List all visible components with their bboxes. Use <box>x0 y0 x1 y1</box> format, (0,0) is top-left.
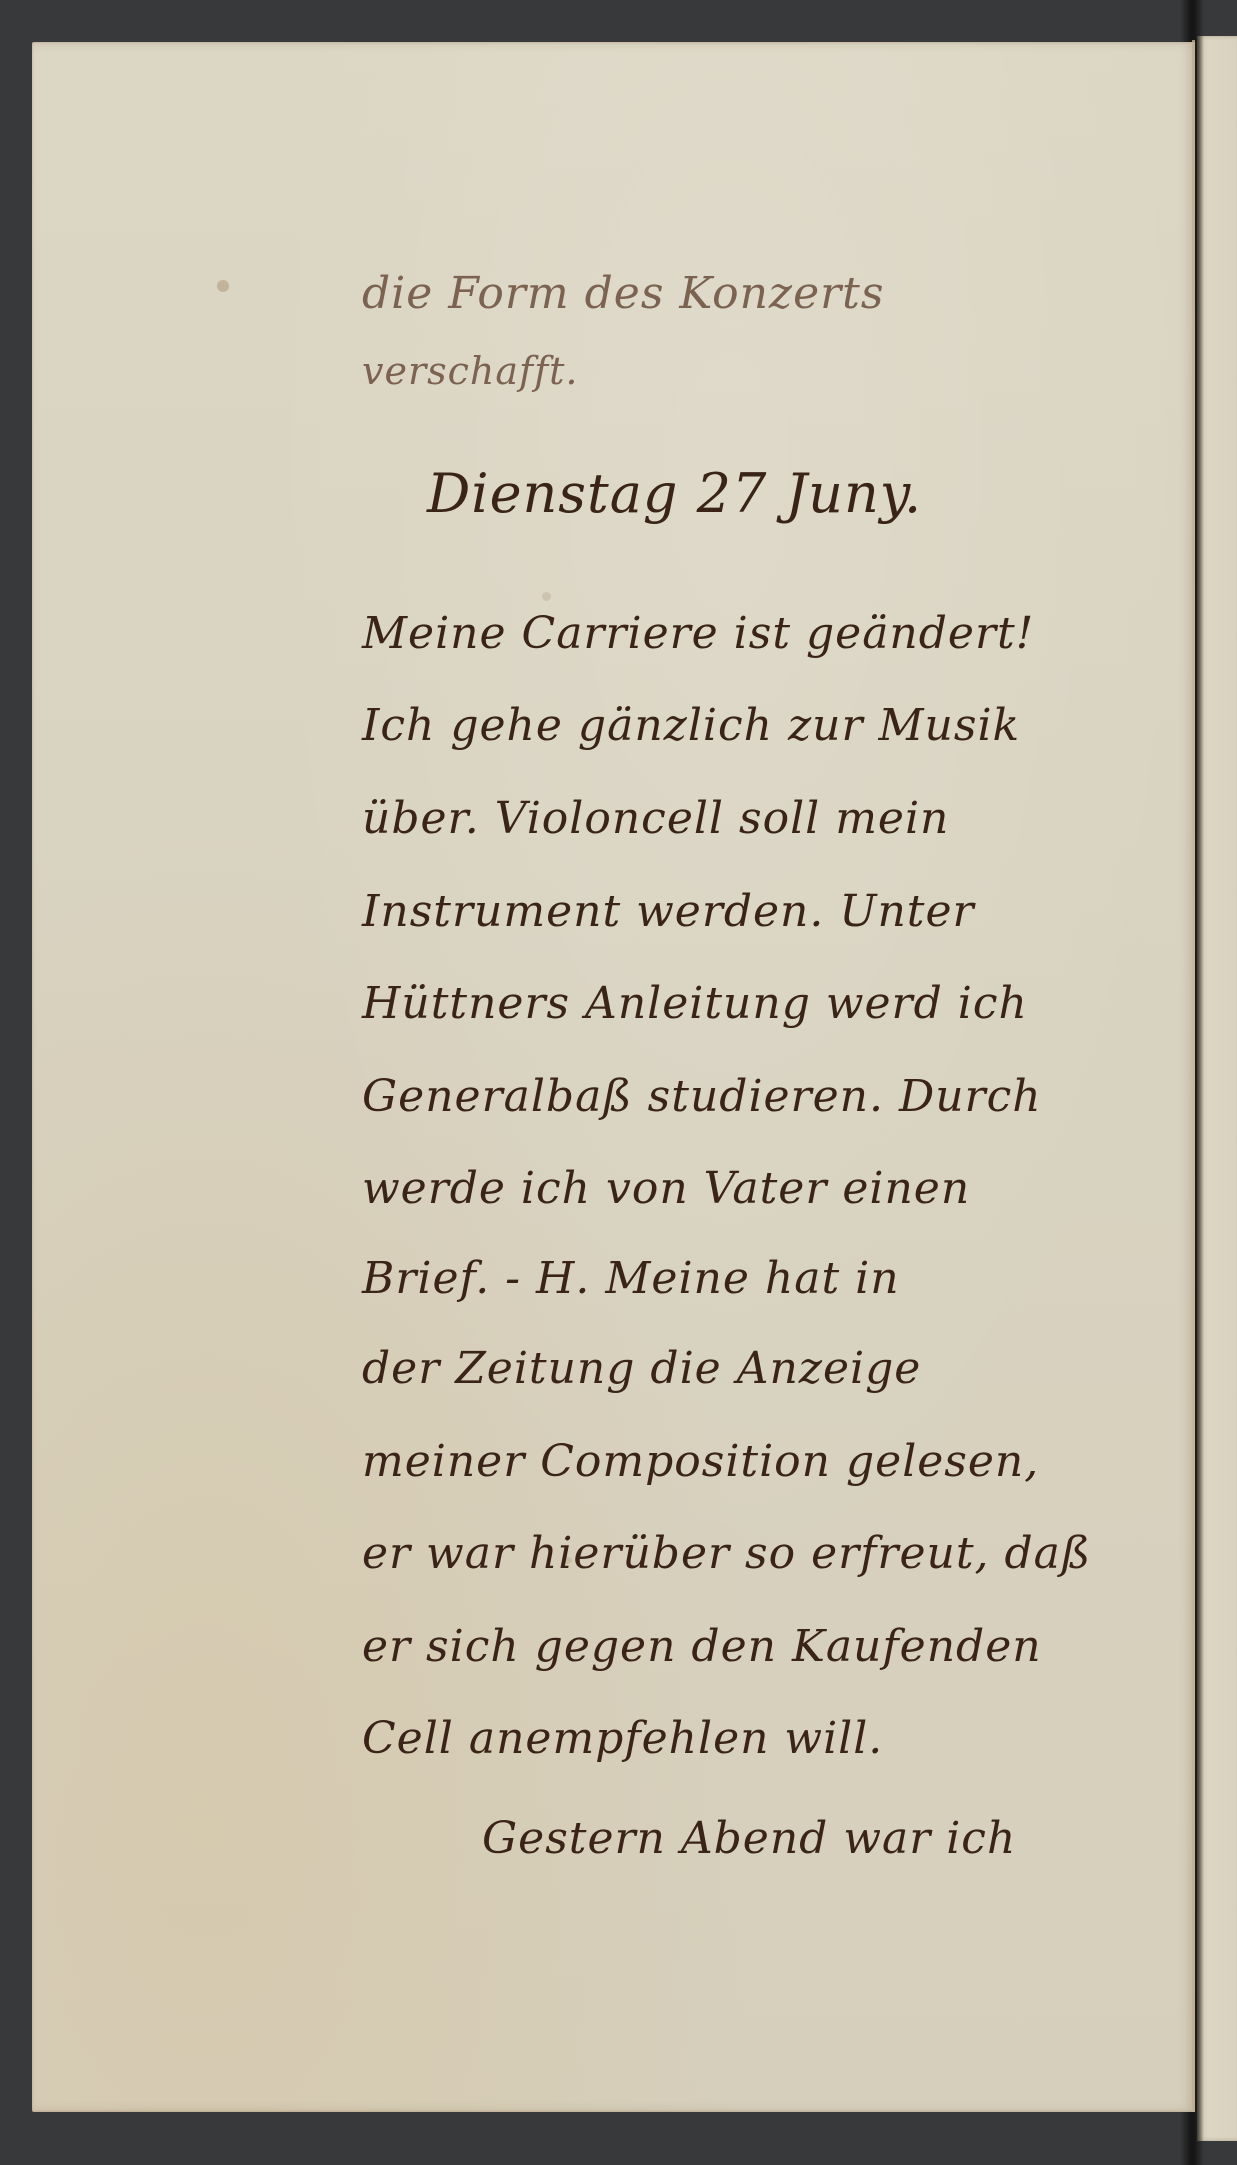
body-line-1: Meine Carriere ist geändert! <box>362 612 1034 656</box>
body-line-10: meiner Composition gelesen, <box>362 1440 1039 1484</box>
body-line-8: Brief. - H. Meine hat in <box>362 1257 900 1301</box>
closing-line: Gestern Abend war ich <box>482 1817 1016 1861</box>
manuscript-page: die Form des Konzerts verschafft. Dienst… <box>32 42 1195 2112</box>
body-line-7: werde ich von Vater einen <box>362 1167 970 1211</box>
body-line-5: Hüttners Anleitung werd ich <box>362 982 1028 1026</box>
body-line-12: er sich gegen den Kaufenden <box>362 1625 1042 1669</box>
body-line-2: Ich gehe gänzlich zur Musik <box>362 704 1020 748</box>
continuation-line-2: verschafft. <box>362 352 579 390</box>
foxing-spot <box>542 592 551 601</box>
body-line-4: Instrument werden. Unter <box>362 890 975 934</box>
body-line-3: über. Violoncell soll mein <box>362 797 949 841</box>
continuation-line-1: die Form des Konzerts <box>362 272 884 316</box>
ink-dot <box>217 280 229 292</box>
body-line-9: der Zeitung die Anzeige <box>362 1347 921 1391</box>
body-line-6: Generalbaß studieren. Durch <box>362 1075 1042 1119</box>
page-fold <box>1192 40 1195 2112</box>
body-line-13: Cell anempfehlen will. <box>362 1717 883 1761</box>
date-heading: Dienstag 27 Juny. <box>427 467 922 521</box>
body-line-11: er war hierüber so erfreut, daß <box>362 1532 1091 1576</box>
